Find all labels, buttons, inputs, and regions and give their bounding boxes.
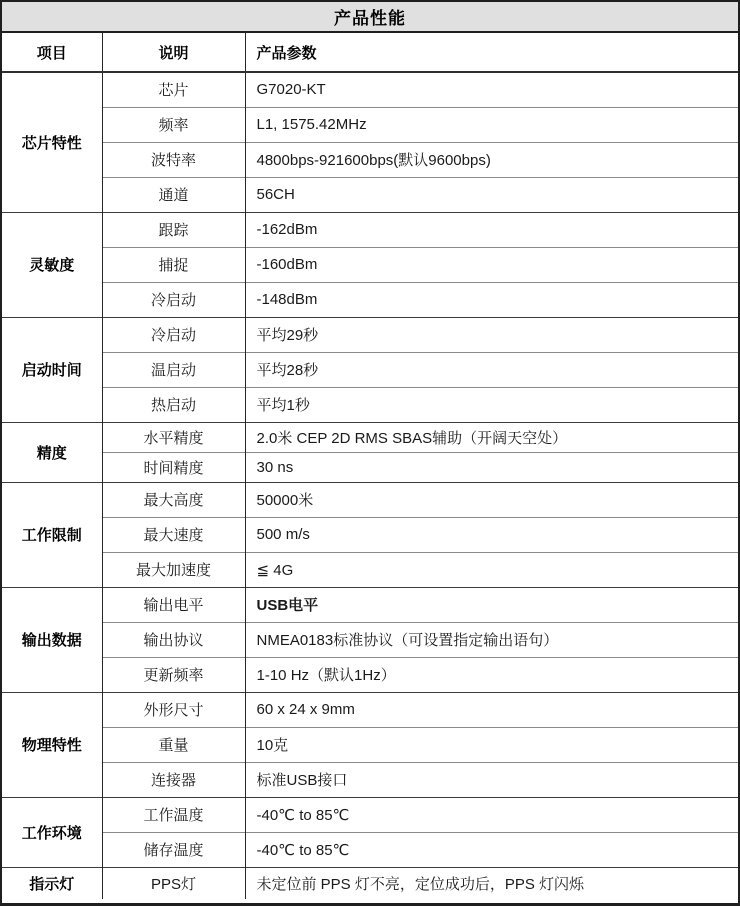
column-header-item: 项目 [2, 33, 102, 72]
spec-value-cell: 60 x 24 x 9mm [245, 692, 738, 727]
spec-label-cell: 波特率 [102, 142, 245, 177]
spec-row: 重量10克 [2, 727, 738, 762]
spec-row: 精度水平精度2.0米 CEP 2D RMS SBAS辅助（开阔天空处） [2, 422, 738, 452]
spec-value-cell: 56CH [245, 177, 738, 212]
product-spec-sheet: 产品性能 项目 说明 产品参数 芯片特性芯片G7020-KT频率L1, 1575… [0, 0, 740, 906]
spec-row: 最大速度500 m/s [2, 517, 738, 552]
spec-row: 最大加速度≦ 4G [2, 552, 738, 587]
spec-value-cell: 10克 [245, 727, 738, 762]
spec-row: 工作限制最大高度50000米 [2, 482, 738, 517]
spec-label-cell: 跟踪 [102, 212, 245, 247]
spec-row: 时间精度30 ns [2, 452, 738, 482]
spec-value-cell: 2.0米 CEP 2D RMS SBAS辅助（开阔天空处） [245, 422, 738, 452]
group-cell: 输出数据 [2, 587, 102, 692]
spec-table: 项目 说明 产品参数 芯片特性芯片G7020-KT频率L1, 1575.42MH… [2, 33, 738, 899]
spec-label-cell: 工作温度 [102, 797, 245, 832]
spec-value-cell: -40℃ to 85℃ [245, 797, 738, 832]
spec-value-cell: ≦ 4G [245, 552, 738, 587]
spec-row: 灵敏度跟踪-162dBm [2, 212, 738, 247]
spec-label-cell: 频率 [102, 107, 245, 142]
spec-label-cell: 输出协议 [102, 622, 245, 657]
spec-row: 输出协议NMEA0183标准协议（可设置指定输出语句） [2, 622, 738, 657]
spec-row: 通道56CH [2, 177, 738, 212]
group-cell: 芯片特性 [2, 72, 102, 212]
spec-label-cell: 储存温度 [102, 832, 245, 867]
spec-row: 冷启动-148dBm [2, 282, 738, 317]
spec-value-cell: 50000米 [245, 482, 738, 517]
spec-value-cell: 平均29秒 [245, 317, 738, 352]
group-cell: 指示灯 [2, 867, 102, 899]
column-header-parameter: 产品参数 [245, 33, 738, 72]
spec-label-cell: 水平精度 [102, 422, 245, 452]
spec-label-cell: 芯片 [102, 72, 245, 107]
spec-label-cell: 重量 [102, 727, 245, 762]
spec-row: 工作环境工作温度-40℃ to 85℃ [2, 797, 738, 832]
spec-row: 频率L1, 1575.42MHz [2, 107, 738, 142]
spec-value-cell: -160dBm [245, 247, 738, 282]
spec-row: 物理特性外形尺寸60 x 24 x 9mm [2, 692, 738, 727]
spec-label-cell: 最大速度 [102, 517, 245, 552]
spec-value-cell: 平均28秒 [245, 352, 738, 387]
group-cell: 工作限制 [2, 482, 102, 587]
spec-label-cell: 输出电平 [102, 587, 245, 622]
spec-value-cell: NMEA0183标准协议（可设置指定输出语句） [245, 622, 738, 657]
spec-label-cell: 温启动 [102, 352, 245, 387]
spec-row: 输出数据输出电平USB电平 [2, 587, 738, 622]
spec-table-body: 芯片特性芯片G7020-KT频率L1, 1575.42MHz波特率4800bps… [2, 72, 738, 899]
spec-label-cell: 外形尺寸 [102, 692, 245, 727]
group-cell: 精度 [2, 422, 102, 482]
header-row: 项目 说明 产品参数 [2, 33, 738, 72]
spec-row: 启动时间冷启动平均29秒 [2, 317, 738, 352]
spec-value-cell: 1-10 Hz（默认1Hz） [245, 657, 738, 692]
spec-row: 芯片特性芯片G7020-KT [2, 72, 738, 107]
spec-value-cell: 4800bps-921600bps(默认9600bps) [245, 142, 738, 177]
spec-value-cell: 30 ns [245, 452, 738, 482]
spec-value-cell: 500 m/s [245, 517, 738, 552]
spec-row: 捕捉-160dBm [2, 247, 738, 282]
group-cell: 物理特性 [2, 692, 102, 797]
spec-row: 温启动平均28秒 [2, 352, 738, 387]
spec-value-cell: G7020-KT [245, 72, 738, 107]
spec-label-cell: 热启动 [102, 387, 245, 422]
spec-value-cell: L1, 1575.42MHz [245, 107, 738, 142]
spec-row: 连接器标准USB接口 [2, 762, 738, 797]
spec-value-cell: 标准USB接口 [245, 762, 738, 797]
spec-row: 更新频率1-10 Hz（默认1Hz） [2, 657, 738, 692]
spec-value-cell: USB电平 [245, 587, 738, 622]
spec-row: 储存温度-40℃ to 85℃ [2, 832, 738, 867]
spec-row: 波特率4800bps-921600bps(默认9600bps) [2, 142, 738, 177]
group-cell: 灵敏度 [2, 212, 102, 317]
spec-value-cell: 未定位前 PPS 灯不亮，定位成功后，PPS 灯闪烁 [245, 867, 738, 899]
spec-row: 指示灯PPS灯未定位前 PPS 灯不亮，定位成功后，PPS 灯闪烁 [2, 867, 738, 899]
table-title: 产品性能 [2, 2, 738, 33]
spec-label-cell: 最大加速度 [102, 552, 245, 587]
spec-label-cell: PPS灯 [102, 867, 245, 899]
spec-label-cell: 冷启动 [102, 282, 245, 317]
spec-value-cell: 平均1秒 [245, 387, 738, 422]
spec-label-cell: 捕捉 [102, 247, 245, 282]
spec-label-cell: 时间精度 [102, 452, 245, 482]
spec-value-cell: -148dBm [245, 282, 738, 317]
spec-label-cell: 冷启动 [102, 317, 245, 352]
group-cell: 工作环境 [2, 797, 102, 867]
spec-value-cell: -162dBm [245, 212, 738, 247]
spec-label-cell: 通道 [102, 177, 245, 212]
spec-label-cell: 连接器 [102, 762, 245, 797]
spec-label-cell: 更新频率 [102, 657, 245, 692]
spec-value-cell: -40℃ to 85℃ [245, 832, 738, 867]
group-cell: 启动时间 [2, 317, 102, 422]
spec-row: 热启动平均1秒 [2, 387, 738, 422]
column-header-description: 说明 [102, 33, 245, 72]
spec-label-cell: 最大高度 [102, 482, 245, 517]
